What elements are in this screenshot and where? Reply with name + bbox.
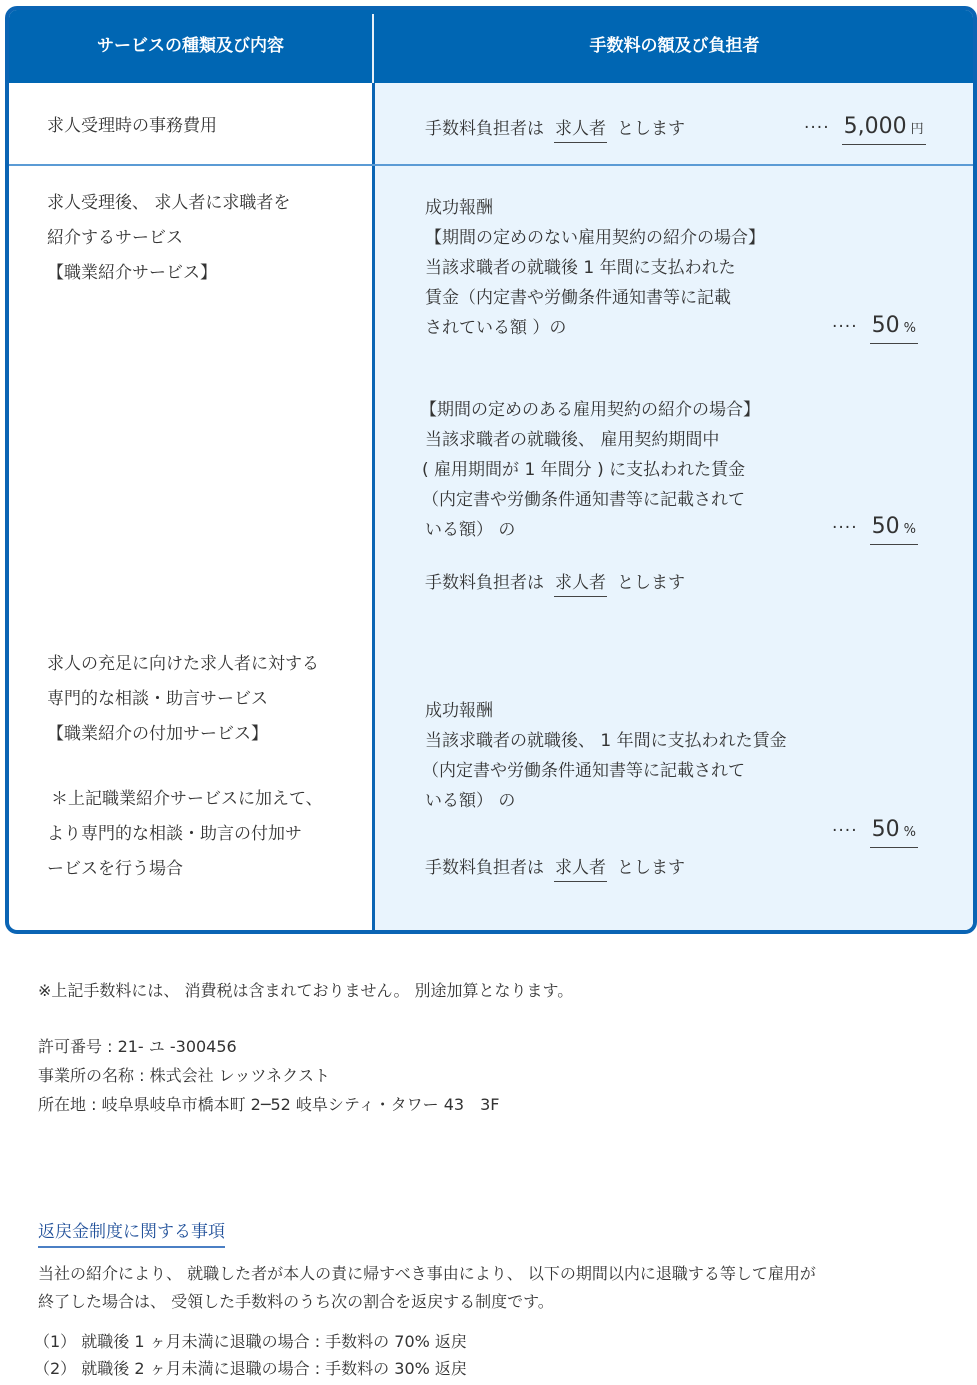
row3-payer-line: 手数料負担者は求人者とします xyxy=(425,853,685,883)
row3-service-line: 求人の充足に向けた求人者に対する xyxy=(47,647,319,681)
license-number: 許可番号 : 21- ユ -300456 xyxy=(38,1034,237,1057)
refund-item: （2） 就職後 2 ヶ月未満に退職の場合 : 手数料の 30% 返戻 xyxy=(34,1355,467,1383)
payer-prefix: 手数料負担者は xyxy=(425,573,544,593)
row3-service-line: ＊上記職業紹介サービスに加えて、 xyxy=(51,782,323,816)
row3-amount: ····50% xyxy=(832,816,918,846)
payer-suffix: とします xyxy=(617,573,685,593)
amount-value: 50 xyxy=(872,817,900,842)
row2-service-line: 【職業紹介サービス】 xyxy=(47,256,217,290)
payer-value: 求人者 xyxy=(554,116,607,143)
refund-paragraph-line: 終了した場合は、 受領した手数料のうち次の割合を返戻する制度です。 xyxy=(38,1288,554,1316)
row2-fee-line: 当該求職者の就職後、 雇用契約期間中 xyxy=(425,425,719,455)
fee-table: サービスの種類及び内容 手数料の額及び負担者 求人受理時の事務費用 手数料負担者… xyxy=(5,6,977,934)
amount-value: 50 xyxy=(872,313,900,338)
row2-amount-1: ····50% xyxy=(832,312,918,342)
payer-prefix: 手数料負担者は xyxy=(425,858,544,878)
row3-service-line: より専門的な相談・助言の付加サ xyxy=(47,817,302,851)
row1-service: 求人受理時の事務費用 xyxy=(47,109,217,143)
refund-paragraph-line: 当社の紹介により、 就職した者が本人の責に帰すべき事由により、 以下の期間以内に… xyxy=(38,1260,816,1288)
row3-fee-line: 成功報酬 xyxy=(425,696,493,726)
row3-fee-line: （内定書や労働条件通知書等に記載されて xyxy=(422,756,745,786)
row2-fee-line: 【期間の定めのある雇用契約の紹介の場合】 xyxy=(420,395,760,425)
row2-fee-line: ( 雇用期間が 1 年間分 ) に支払われた賃金 xyxy=(422,455,745,485)
payer-prefix: 手数料負担者は xyxy=(425,119,544,139)
tax-note: ※上記手数料には、 消費税は含まれておりません。 別途加算となります。 xyxy=(38,978,573,1001)
amount-box: 50% xyxy=(870,513,918,545)
header-service-type: サービスの種類及び内容 xyxy=(9,10,372,83)
row3-fee-line: 当該求職者の就職後、 1 年間に支払われた賃金 xyxy=(425,726,787,756)
leader-dots: ···· xyxy=(804,118,830,138)
amount-unit: % xyxy=(904,522,916,537)
amount-value: 50 xyxy=(872,514,900,539)
leader-dots: ···· xyxy=(832,821,858,841)
row3-service-line: 【職業紹介の付加サービス】 xyxy=(47,717,268,751)
row3-service-line: 専門的な相談・助言サービス xyxy=(47,682,268,716)
payer-value: 求人者 xyxy=(554,570,607,597)
row2-fee-line: 【期間の定めのない雇用契約の紹介の場合】 xyxy=(425,223,765,253)
row2-service-line: 紹介するサービス xyxy=(47,221,183,255)
row2-payer-line: 手数料負担者は求人者とします xyxy=(425,568,685,598)
row2-service-line: 求人受理後、 求人者に求職者を xyxy=(47,186,290,220)
row2-fee-line: 成功報酬 xyxy=(425,193,493,223)
row2-fee-line: いる額） の xyxy=(425,515,515,545)
amount-box: 50% xyxy=(870,312,918,344)
payer-suffix: とします xyxy=(617,858,685,878)
row3-fee-line: いる額） の xyxy=(425,786,515,816)
leader-dots: ···· xyxy=(832,317,858,337)
header-fee-and-payer: 手数料の額及び負担者 xyxy=(376,10,973,83)
amount-unit: % xyxy=(904,321,916,336)
amount-value: 5,000 xyxy=(844,114,907,139)
leader-dots: ···· xyxy=(832,518,858,538)
row3-service-line: ービスを行う場合 xyxy=(47,852,183,886)
row2-fee-line: （内定書や労働条件通知書等に記載されて xyxy=(422,485,745,515)
row2-amount-2: ····50% xyxy=(832,513,918,543)
row2-fee-line: されている額 ）の xyxy=(425,313,566,343)
amount-box: 50% xyxy=(870,816,918,848)
payer-suffix: とします xyxy=(617,119,685,139)
amount-unit: % xyxy=(904,825,916,840)
row2-fee-line: 当該求職者の就職後 1 年間に支払われた xyxy=(425,253,736,283)
amount-box: 5,000円 xyxy=(842,113,926,145)
company-name: 事業所の名称 : 株式会社 レッツネクスト xyxy=(38,1063,330,1086)
row1-amount: ····5,000円 xyxy=(804,113,926,143)
amount-unit: 円 xyxy=(911,122,924,137)
refund-heading: 返戻金制度に関する事項 xyxy=(38,1217,225,1248)
company-address: 所在地 : 岐阜県岐阜市橋本町 2─52 岐阜シティ・タワー 43 3F xyxy=(38,1092,499,1115)
payer-value: 求人者 xyxy=(554,855,607,882)
table-header: サービスの種類及び内容 手数料の額及び負担者 xyxy=(9,10,973,83)
row2-fee-line: 賃金（内定書や労働条件通知書等に記載 xyxy=(425,283,731,313)
row1-payer-line: 手数料負担者は求人者とします xyxy=(425,114,685,144)
refund-item: （1） 就職後 1 ヶ月未満に退職の場合 : 手数料の 70% 返戻 xyxy=(34,1328,467,1356)
row-divider xyxy=(9,164,973,166)
header-divider xyxy=(372,14,374,83)
